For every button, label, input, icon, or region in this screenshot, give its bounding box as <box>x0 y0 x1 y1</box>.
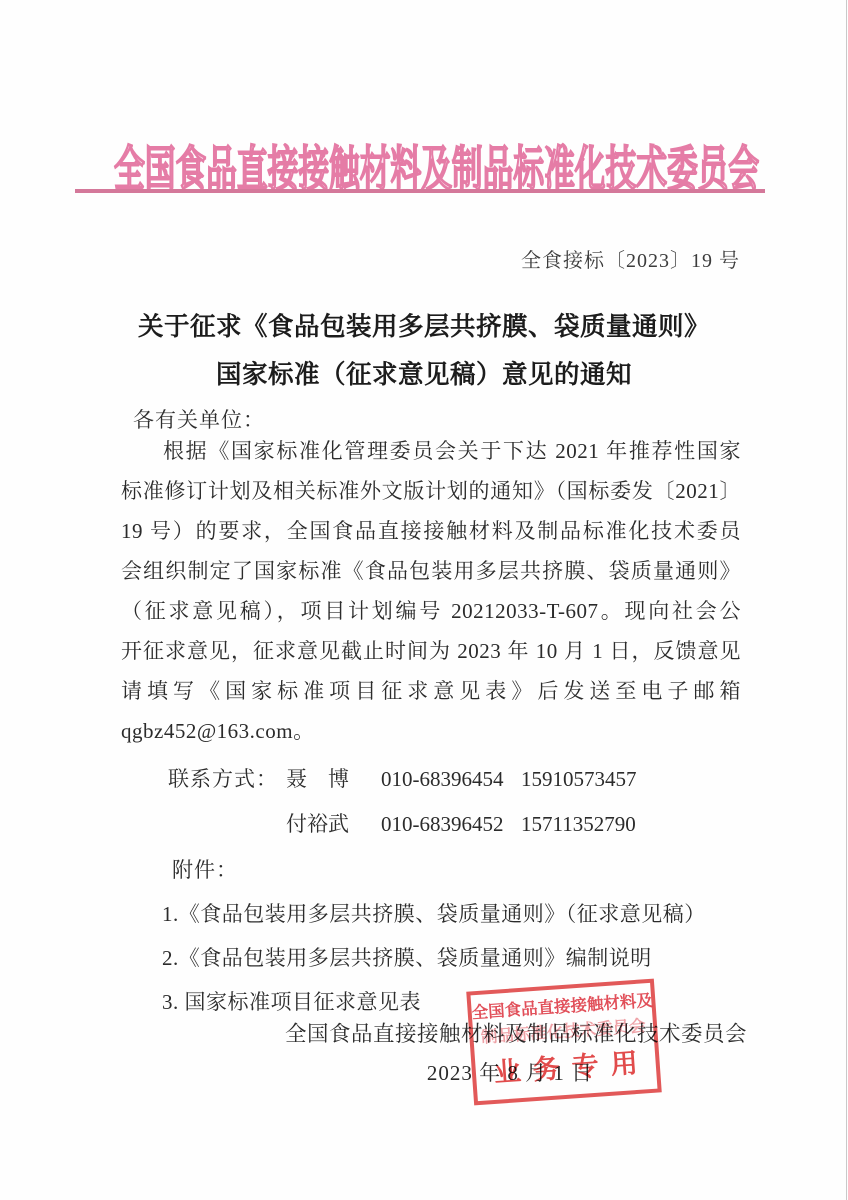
contact-name: 聂 博 <box>286 757 381 802</box>
document-title: 关于征求《食品包装用多层共挤膜、袋质量通则》 国家标准（征求意见稿）意见的通知 <box>0 303 848 399</box>
contact-label: 联系方式： <box>168 757 286 802</box>
body-line-email: qgbz452@163.com。 <box>121 711 741 751</box>
body-line: 19 号）的要求，全国食品直接接触材料及制品标准化技术委员 <box>121 511 741 551</box>
attachments-list: 附件： 1.《食品包装用多层共挤膜、袋质量通则》（征求意见稿） 2.《食品包装用… <box>121 848 761 1024</box>
contact-phone: 010-68396452 <box>381 802 521 847</box>
contact-name: 付裕武 <box>286 802 381 847</box>
body-line: （征求意见稿），项目计划编号 20212033-T-607。现向社会公 <box>121 591 741 631</box>
contact-row: 付裕武 010-68396452 15711352790 <box>121 802 741 847</box>
attachments-label: 附件： <box>121 848 761 892</box>
attachment-item: 1.《食品包装用多层共挤膜、袋质量通则》（征求意见稿） <box>121 892 761 936</box>
official-stamp: 全国食品直接接触材料及 制品标准化技术委员会 业务专用 <box>466 979 661 1106</box>
contact-phone: 010-68396454 <box>381 757 521 802</box>
body-line: 会组织制定了国家标准《食品包装用多层共挤膜、袋质量通则》 <box>121 551 741 591</box>
contact-label-spacer <box>168 802 286 847</box>
document-number: 全食接标〔2023〕19 号 <box>521 244 740 273</box>
body-paragraph: 根据《国家标准化管理委员会关于下达 2021 年推荐性国家 标准修订计划及相关标… <box>121 431 741 751</box>
document-title-line1: 关于征求《食品包装用多层共挤膜、袋质量通则》 <box>0 303 848 351</box>
scan-edge-artifact <box>846 0 847 1200</box>
contact-row: 联系方式： 聂 博 010-68396454 15910573457 <box>121 757 741 802</box>
letterhead-rule <box>75 189 765 193</box>
stamp-text-line3: 业务专用 <box>474 1040 656 1091</box>
salutation: 各有关单位： <box>133 404 265 434</box>
contact-info: 联系方式： 聂 博 010-68396454 15910573457 付裕武 0… <box>121 757 741 847</box>
contact-mobile: 15910573457 <box>521 757 661 802</box>
attachment-item: 3. 国家标准项目征求意见表 <box>121 980 761 1024</box>
document-page: 全国食品直接接触材料及制品标准化技术委员会 全食接标〔2023〕19 号 关于征… <box>0 0 848 1200</box>
body-line: 开征求意见，征求意见截止时间为 2023 年 10 月 1 日，反馈意见 <box>121 631 741 671</box>
body-line: 标准修订计划及相关标准外文版计划的通知》（国标委发〔2021〕 <box>121 471 741 511</box>
document-title-line2: 国家标准（征求意见稿）意见的通知 <box>0 351 848 399</box>
attachment-item: 2.《食品包装用多层共挤膜、袋质量通则》编制说明 <box>121 936 761 980</box>
body-line: 请填写《国家标准项目征求意见表》后发送至电子邮箱 <box>121 671 741 711</box>
contact-mobile: 15711352790 <box>521 802 661 847</box>
body-line: 根据《国家标准化管理委员会关于下达 2021 年推荐性国家 <box>121 431 741 471</box>
